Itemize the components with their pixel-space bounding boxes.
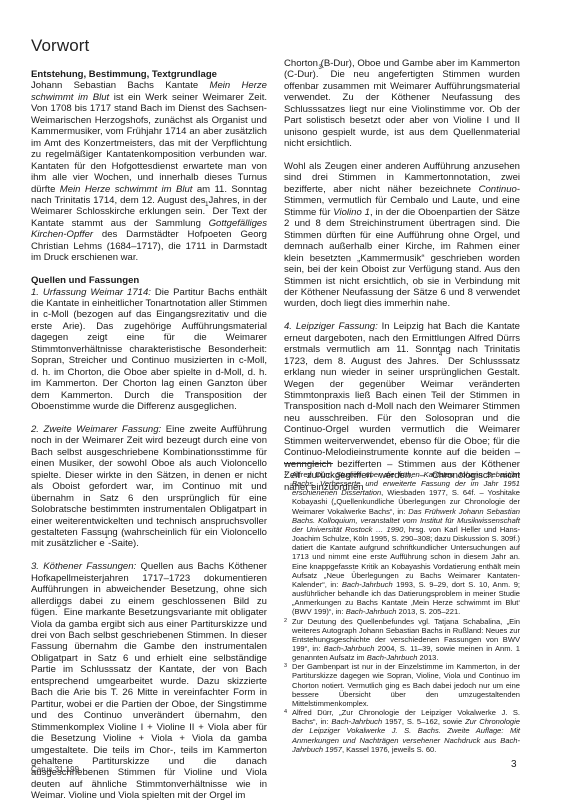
part-name: Violino 1 xyxy=(333,207,370,218)
footnotes: 1Alfred Dürr, Studien über die frühen Ka… xyxy=(284,470,520,754)
publisher-reference: Carus 31.199 xyxy=(31,765,79,774)
footnote-ref-3[interactable]: 3 xyxy=(318,65,321,71)
paragraph-version-4: 4. Leipziger Fassung: In Leipzig hat Bac… xyxy=(284,321,520,493)
footnote-ref-4[interactable]: 4 xyxy=(439,352,442,358)
footnote-2: 2Zur Deutung des Quellenbefundes vgl. Ta… xyxy=(284,617,520,663)
superscript: 1 xyxy=(105,534,108,540)
part-name: Continuo xyxy=(479,184,517,195)
version-label: 1. Urfassung Weimar 1714: xyxy=(31,287,151,298)
text: -Saite). xyxy=(108,538,139,549)
text: 2013. xyxy=(417,653,438,662)
footnote-divider xyxy=(284,463,333,464)
version-label: 2. Zweite Weimarer Fassung: xyxy=(31,424,161,435)
citation-title: Bach-Jahrbuch xyxy=(346,607,397,616)
text: , in der die Oboenpartien der Sätze 2 un… xyxy=(284,207,520,310)
text: , Kassel 1976, jeweils S. 60. xyxy=(342,745,436,754)
footnote-1: 1Alfred Dürr, Studien über die frühen Ka… xyxy=(284,470,520,617)
work-title: Mein Herze schwimmt im Blut xyxy=(60,184,193,195)
paragraph-chamber-parts: Wohl als Zeugen einer anderen Aufführung… xyxy=(284,161,520,310)
text: Der Gambenpart ist nur in der Einzelstim… xyxy=(292,662,520,708)
text: Die Partitur Bachs enthält die Kantate i… xyxy=(31,287,267,413)
footnote-number: 4 xyxy=(284,708,287,716)
section-heading-sources: Quellen und Fassungen xyxy=(31,275,267,286)
footnote-4: 4Alfred Dürr, „Zur Chronologie der Leipz… xyxy=(284,708,520,754)
paragraph-koethen-cont: Chorton (B-Dur), Oboe und Gambe aber im … xyxy=(284,58,520,150)
citation-title: Bach-Jahrbuch xyxy=(324,644,375,653)
section-heading-origin: Entstehung, Bestimmung, Textgrundlage xyxy=(31,69,267,80)
text: 1957, S. 5–162, sowie xyxy=(382,717,465,726)
footnote-number: 3 xyxy=(284,662,287,670)
footnote-number: 2 xyxy=(284,617,287,625)
text: Eine zweite Aufführung noch in der Weima… xyxy=(31,424,267,550)
text: 2013, S. 205–221. xyxy=(396,607,460,616)
page-number: 3 xyxy=(511,759,517,770)
citation-title: Bach-Jahrbuch xyxy=(367,653,418,662)
paragraph-version-1: 1. Urfassung Weimar 1714: Die Partitur B… xyxy=(31,287,267,413)
text: ist ein Werk seiner Weimarer Zeit. Von 1… xyxy=(31,92,267,195)
footnote-number: 1 xyxy=(284,470,287,478)
footnote-3: 3Der Gambenpart ist nur in der Einzelsti… xyxy=(284,662,520,708)
paragraph-version-2: 2. Zweite Weimarer Fassung: Eine zweite … xyxy=(31,424,267,550)
citation-title: Bach-Jahrbuch xyxy=(331,717,382,726)
footnote-ref-1[interactable]: 1 xyxy=(205,202,208,208)
left-column: Entstehung, Bestimmung, Textgrundlage Jo… xyxy=(31,69,267,800)
paragraph-origin: Johann Sebastian Bachs Kantate Mein Herz… xyxy=(31,80,267,263)
version-label: 4. Leipziger Fassung: xyxy=(284,321,378,332)
page-title: Vorwort xyxy=(31,36,89,56)
right-column: Chorton (B-Dur), Oboe und Gambe aber im … xyxy=(284,58,520,493)
citation-title: Bach-Jahrbuch xyxy=(342,580,393,589)
text: Die neu angefertigten Stimmen wurden off… xyxy=(284,69,520,149)
text: Alfred Dürr, xyxy=(292,470,336,479)
footnote-ref-2[interactable]: 2 xyxy=(58,603,61,609)
version-label: 3. Köthener Fassungen: xyxy=(31,561,136,572)
text: Johann Sebastian Bachs Kantate xyxy=(31,80,210,91)
